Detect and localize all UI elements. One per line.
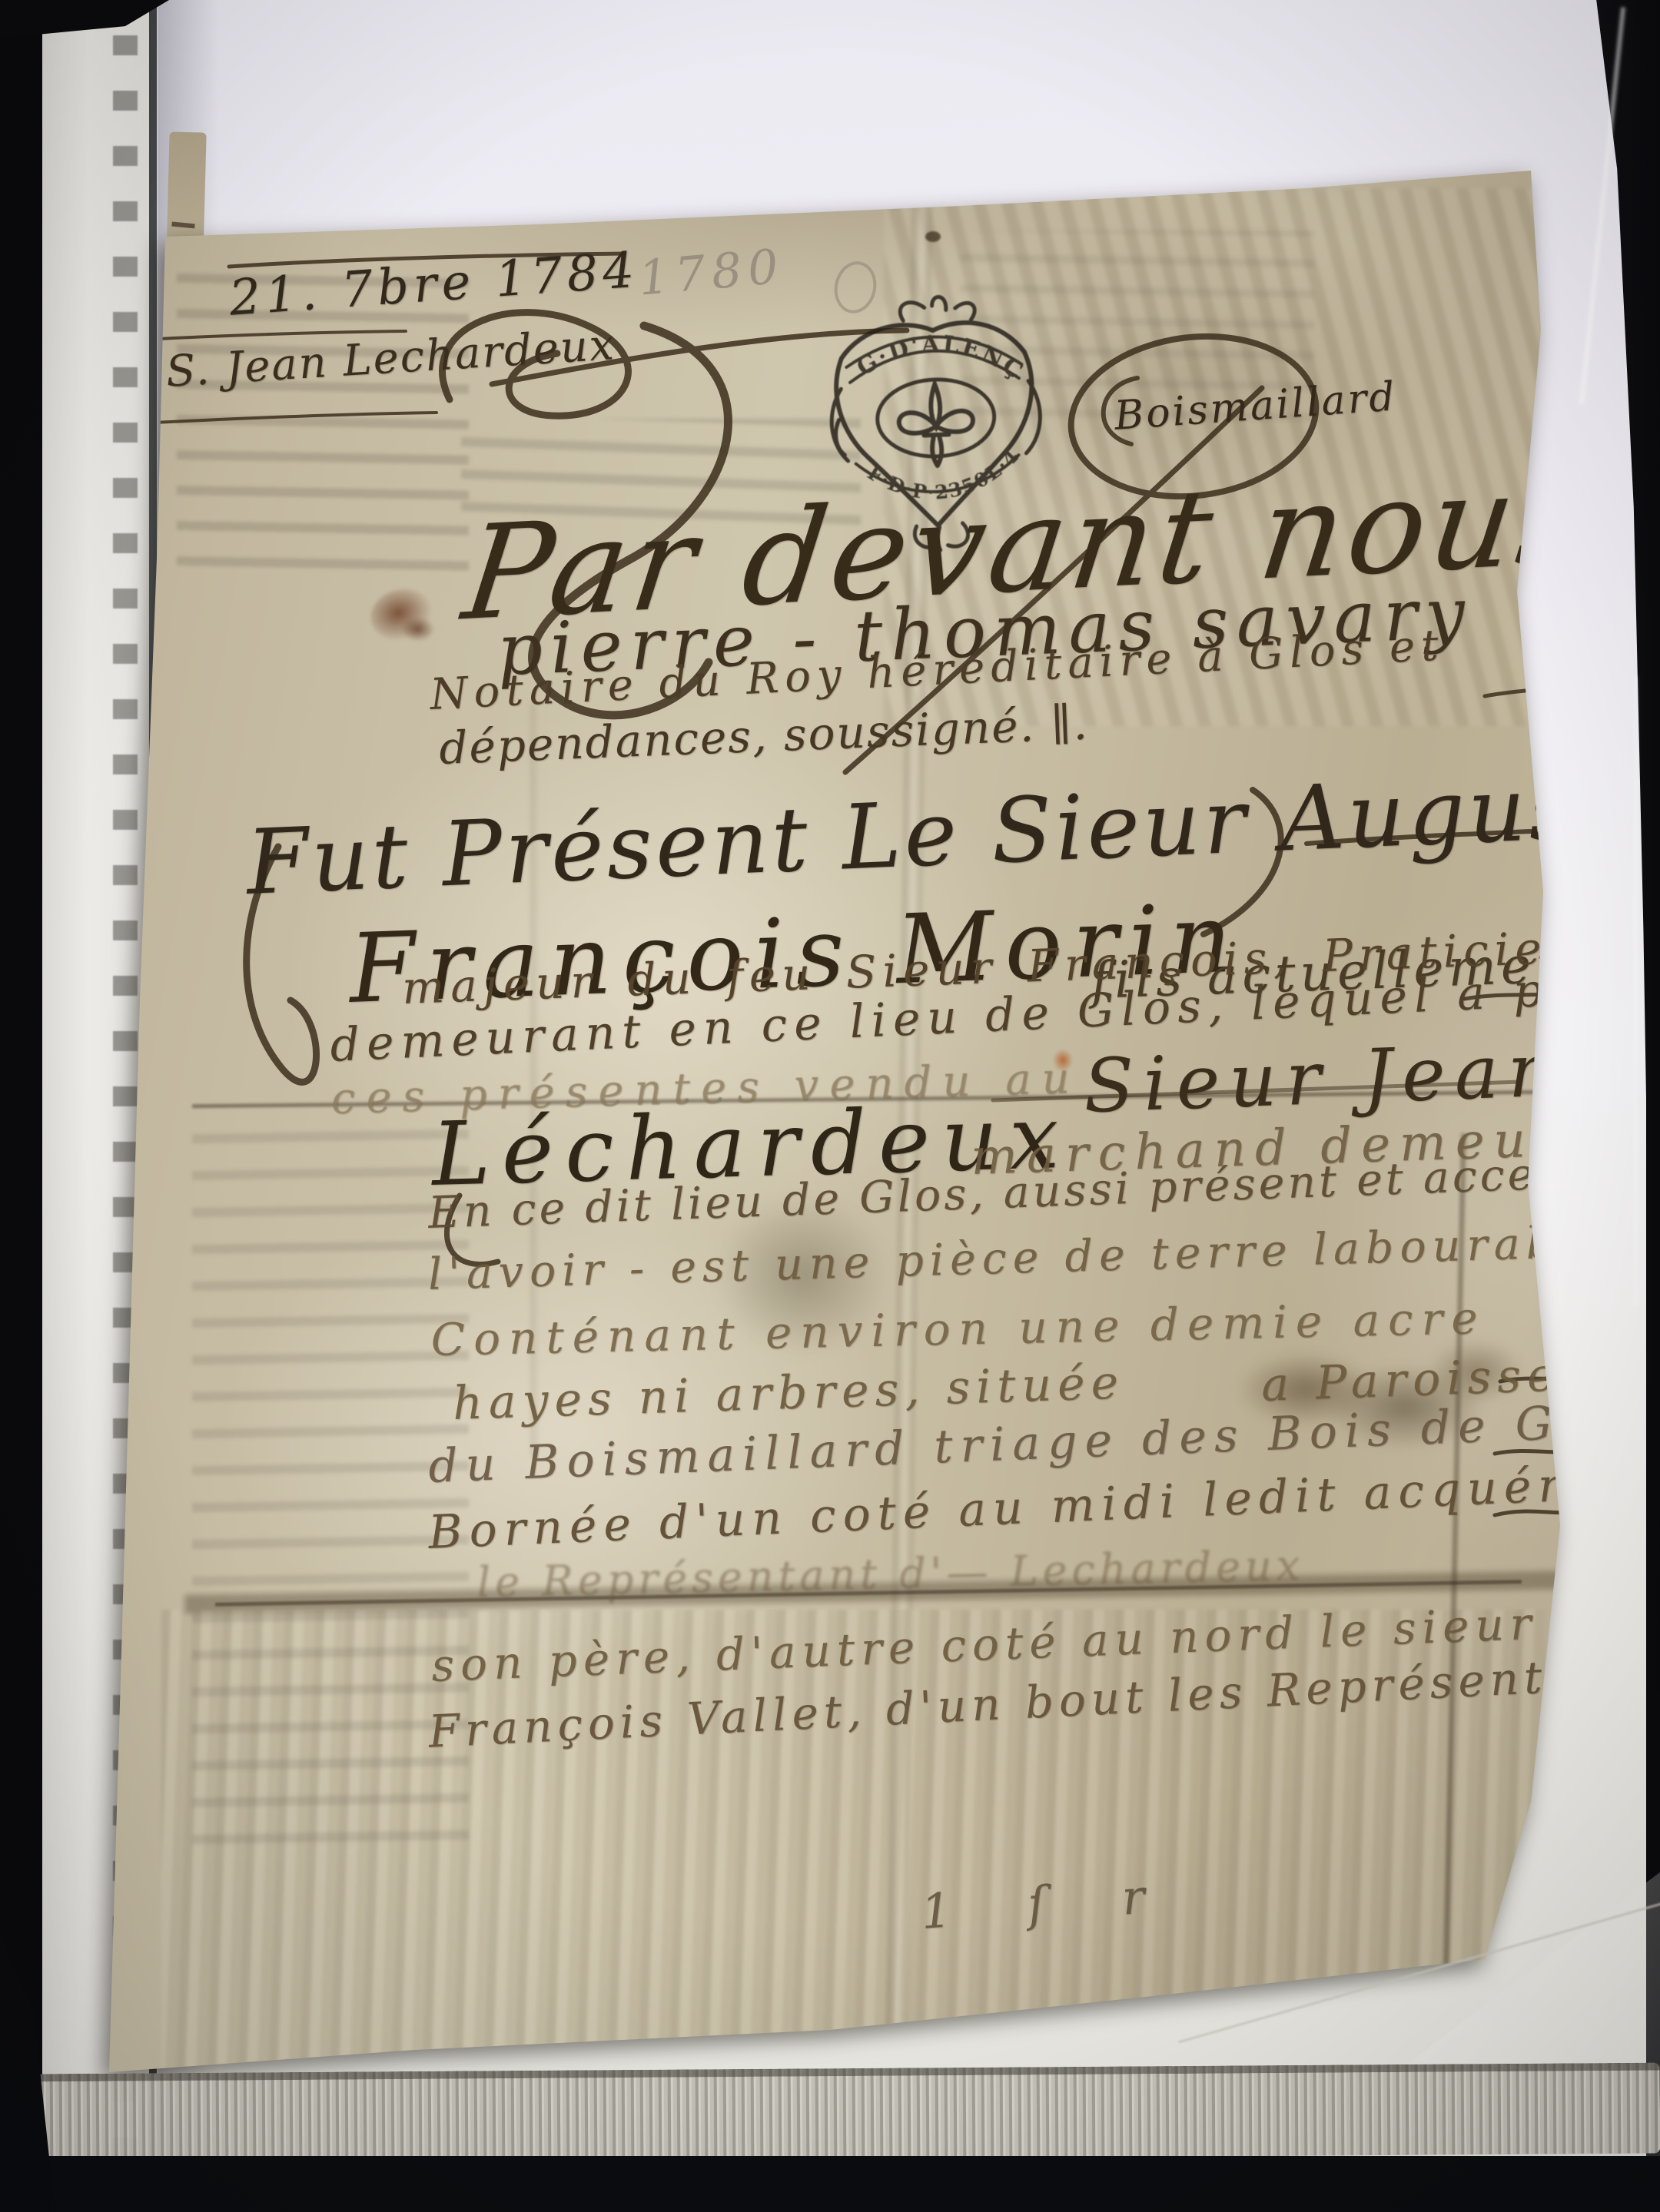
plastic-glare (1634, 676, 1638, 1306)
black-backdrop-bottom (0, 2156, 1660, 2212)
ink-layer: G·D'ALENÇON F·D·P·2350L·4D 21. 7bre 1784… (0, 0, 1660, 2212)
photo-of-parchment-deed: G·D'ALENÇON F·D·P·2350L·4D 21. 7bre 1784… (0, 0, 1660, 2212)
sleeve-ribbed-edge (37, 2063, 1660, 2165)
stamp-crest (900, 296, 975, 323)
